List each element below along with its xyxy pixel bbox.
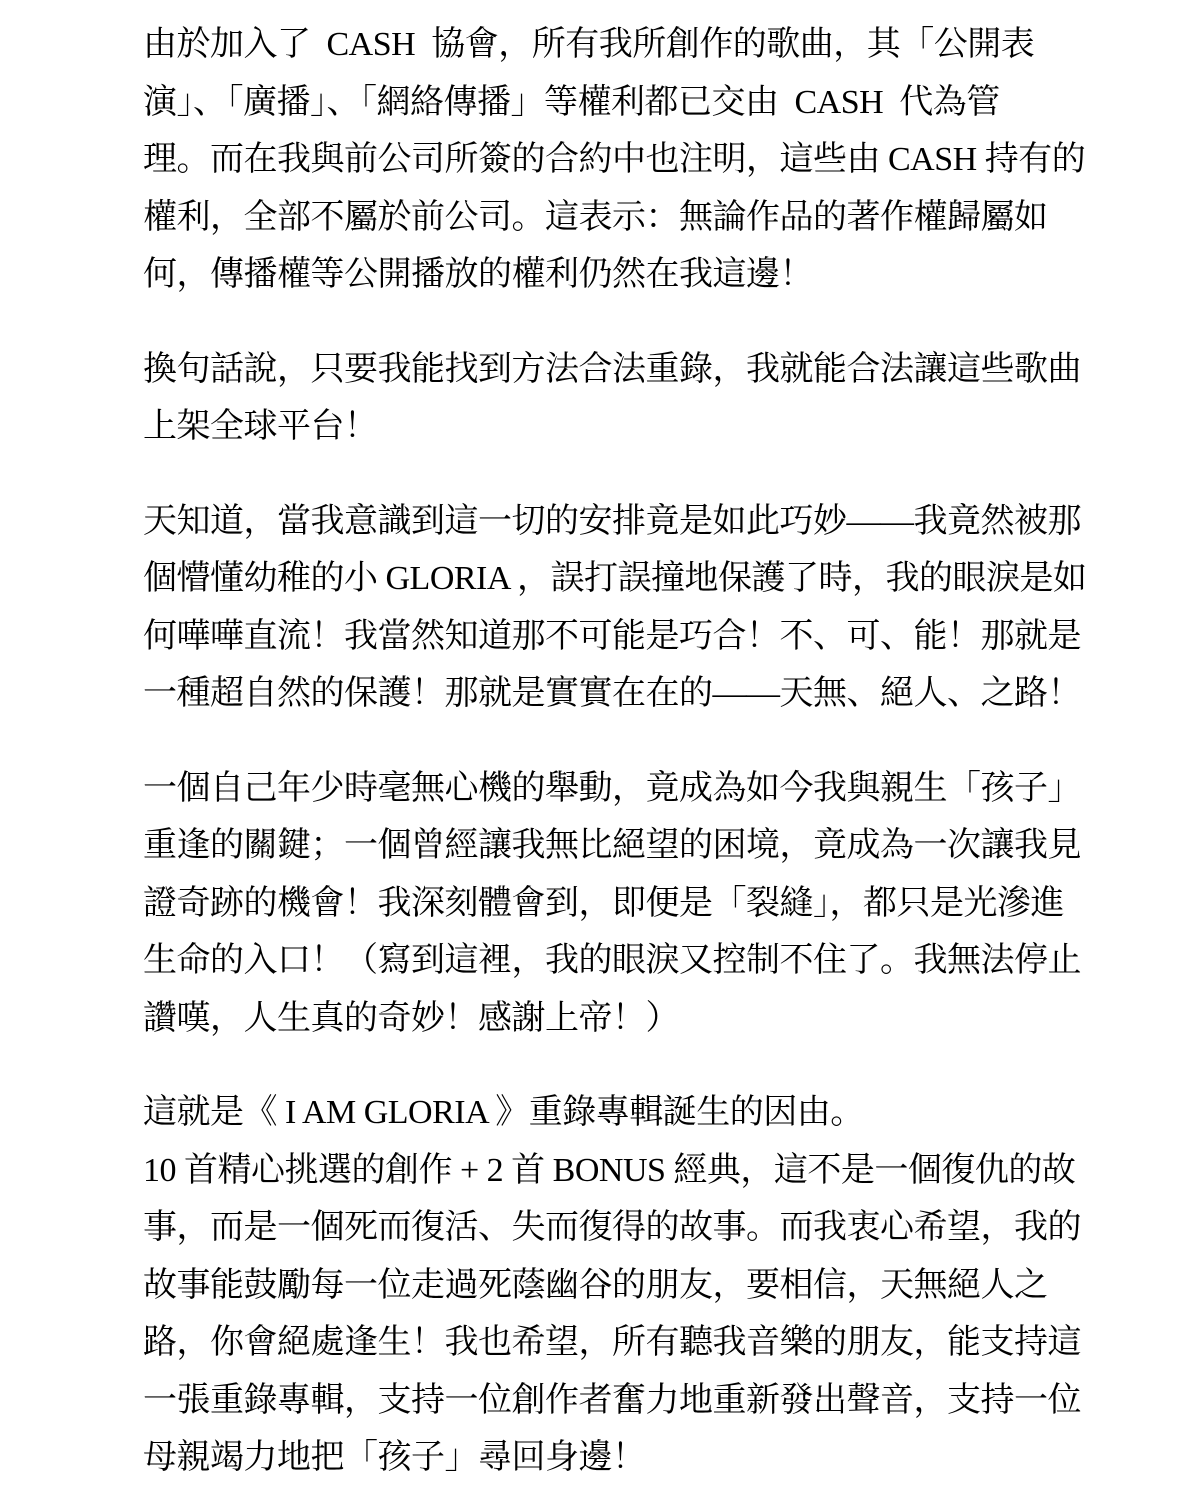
paragraph: 一個自己年少時毫無心機的舉動，竟成為如今我與親生「孩子」重逢的關鍵；一個曾經讓我… [143, 760, 1056, 1048]
text-line: 故事能鼓勵每一位走過死蔭幽谷的朋友，要相信，天無絕人之 [143, 1257, 1056, 1315]
text-line: 重逢的關鍵；一個曾經讓我無比絕望的困境，竟成為一次讓我見 [143, 817, 1056, 875]
text-line: 生命的入口！（寫到這裡，我的眼淚又控制不住了。我無法停止 [143, 932, 1056, 990]
text-line: 天知道，當我意識到這一切的安排竟是如此巧妙——我竟然被那 [143, 493, 1056, 551]
text-line: 一個自己年少時毫無心機的舉動，竟成為如今我與親生「孩子」 [143, 760, 1056, 818]
paragraph: 天知道，當我意識到這一切的安排竟是如此巧妙——我竟然被那個懵懂幼稚的小 GLOR… [143, 493, 1056, 723]
text-line: 路，你會絕處逢生！我也希望，所有聽我音樂的朋友，能支持這 [143, 1314, 1056, 1372]
text-content: 由於加入了 CASH 協會，所有我所創作的歌曲，其「公開表演」、「廣播」、「網絡… [143, 16, 1056, 1487]
text-line: 換句話說，只要我能找到方法合法重錄，我就能合法讓這些歌曲 [143, 341, 1056, 399]
paragraph: 由於加入了 CASH 協會，所有我所創作的歌曲，其「公開表演」、「廣播」、「網絡… [143, 16, 1056, 304]
text-line: 一種超自然的保護！那就是實實在在的——天無、絕人、之路！ [143, 665, 1056, 723]
text-line: 由於加入了 CASH 協會，所有我所創作的歌曲，其「公開表 [143, 16, 1056, 74]
text-line: 證奇跡的機會！我深刻體會到，即便是「裂縫」，都只是光滲進 [143, 875, 1056, 933]
text-line: 演」、「廣播」、「網絡傳播」等權利都已交由 CASH 代為管 [143, 74, 1056, 132]
text-line: 讚嘆，人生真的奇妙！感謝上帝！） [143, 990, 1056, 1048]
document-page: 由於加入了 CASH 協會，所有我所創作的歌曲，其「公開表演」、「廣播」、「網絡… [0, 0, 1190, 1487]
text-line: 母親竭力地把「孩子」尋回身邊！ [143, 1429, 1056, 1487]
text-line: 10 首精心挑選的創作 + 2 首 BONUS 經典，這不是一個復仇的故 [143, 1142, 1056, 1200]
text-line: 權利，全部不屬於前公司。這表示：無論作品的著作權歸屬如 [143, 189, 1056, 247]
text-line: 事，而是一個死而復活、失而復得的故事。而我衷心希望，我的 [143, 1199, 1056, 1257]
paragraph: 換句話說，只要我能找到方法合法重錄，我就能合法讓這些歌曲上架全球平台！ [143, 341, 1056, 456]
paragraph: 這就是《 I AM GLORIA 》重錄專輯誕生的因由。10 首精心挑選的創作 … [143, 1084, 1056, 1487]
text-line: 何嘩嘩直流！我當然知道那不可能是巧合！不、可、能！那就是 [143, 608, 1056, 666]
text-line: 何，傳播權等公開播放的權利仍然在我這邊！ [143, 246, 1056, 304]
text-line: 理。而在我與前公司所簽的合約中也注明，這些由 CASH 持有的 [143, 131, 1056, 189]
text-line: 這就是《 I AM GLORIA 》重錄專輯誕生的因由。 [143, 1084, 1056, 1142]
text-line: 個懵懂幼稚的小 GLORIA ，誤打誤撞地保護了時，我的眼淚是如 [143, 550, 1056, 608]
text-line: 上架全球平台！ [143, 398, 1056, 456]
text-line: 一張重錄專輯，支持一位創作者奮力地重新發出聲音，支持一位 [143, 1372, 1056, 1430]
